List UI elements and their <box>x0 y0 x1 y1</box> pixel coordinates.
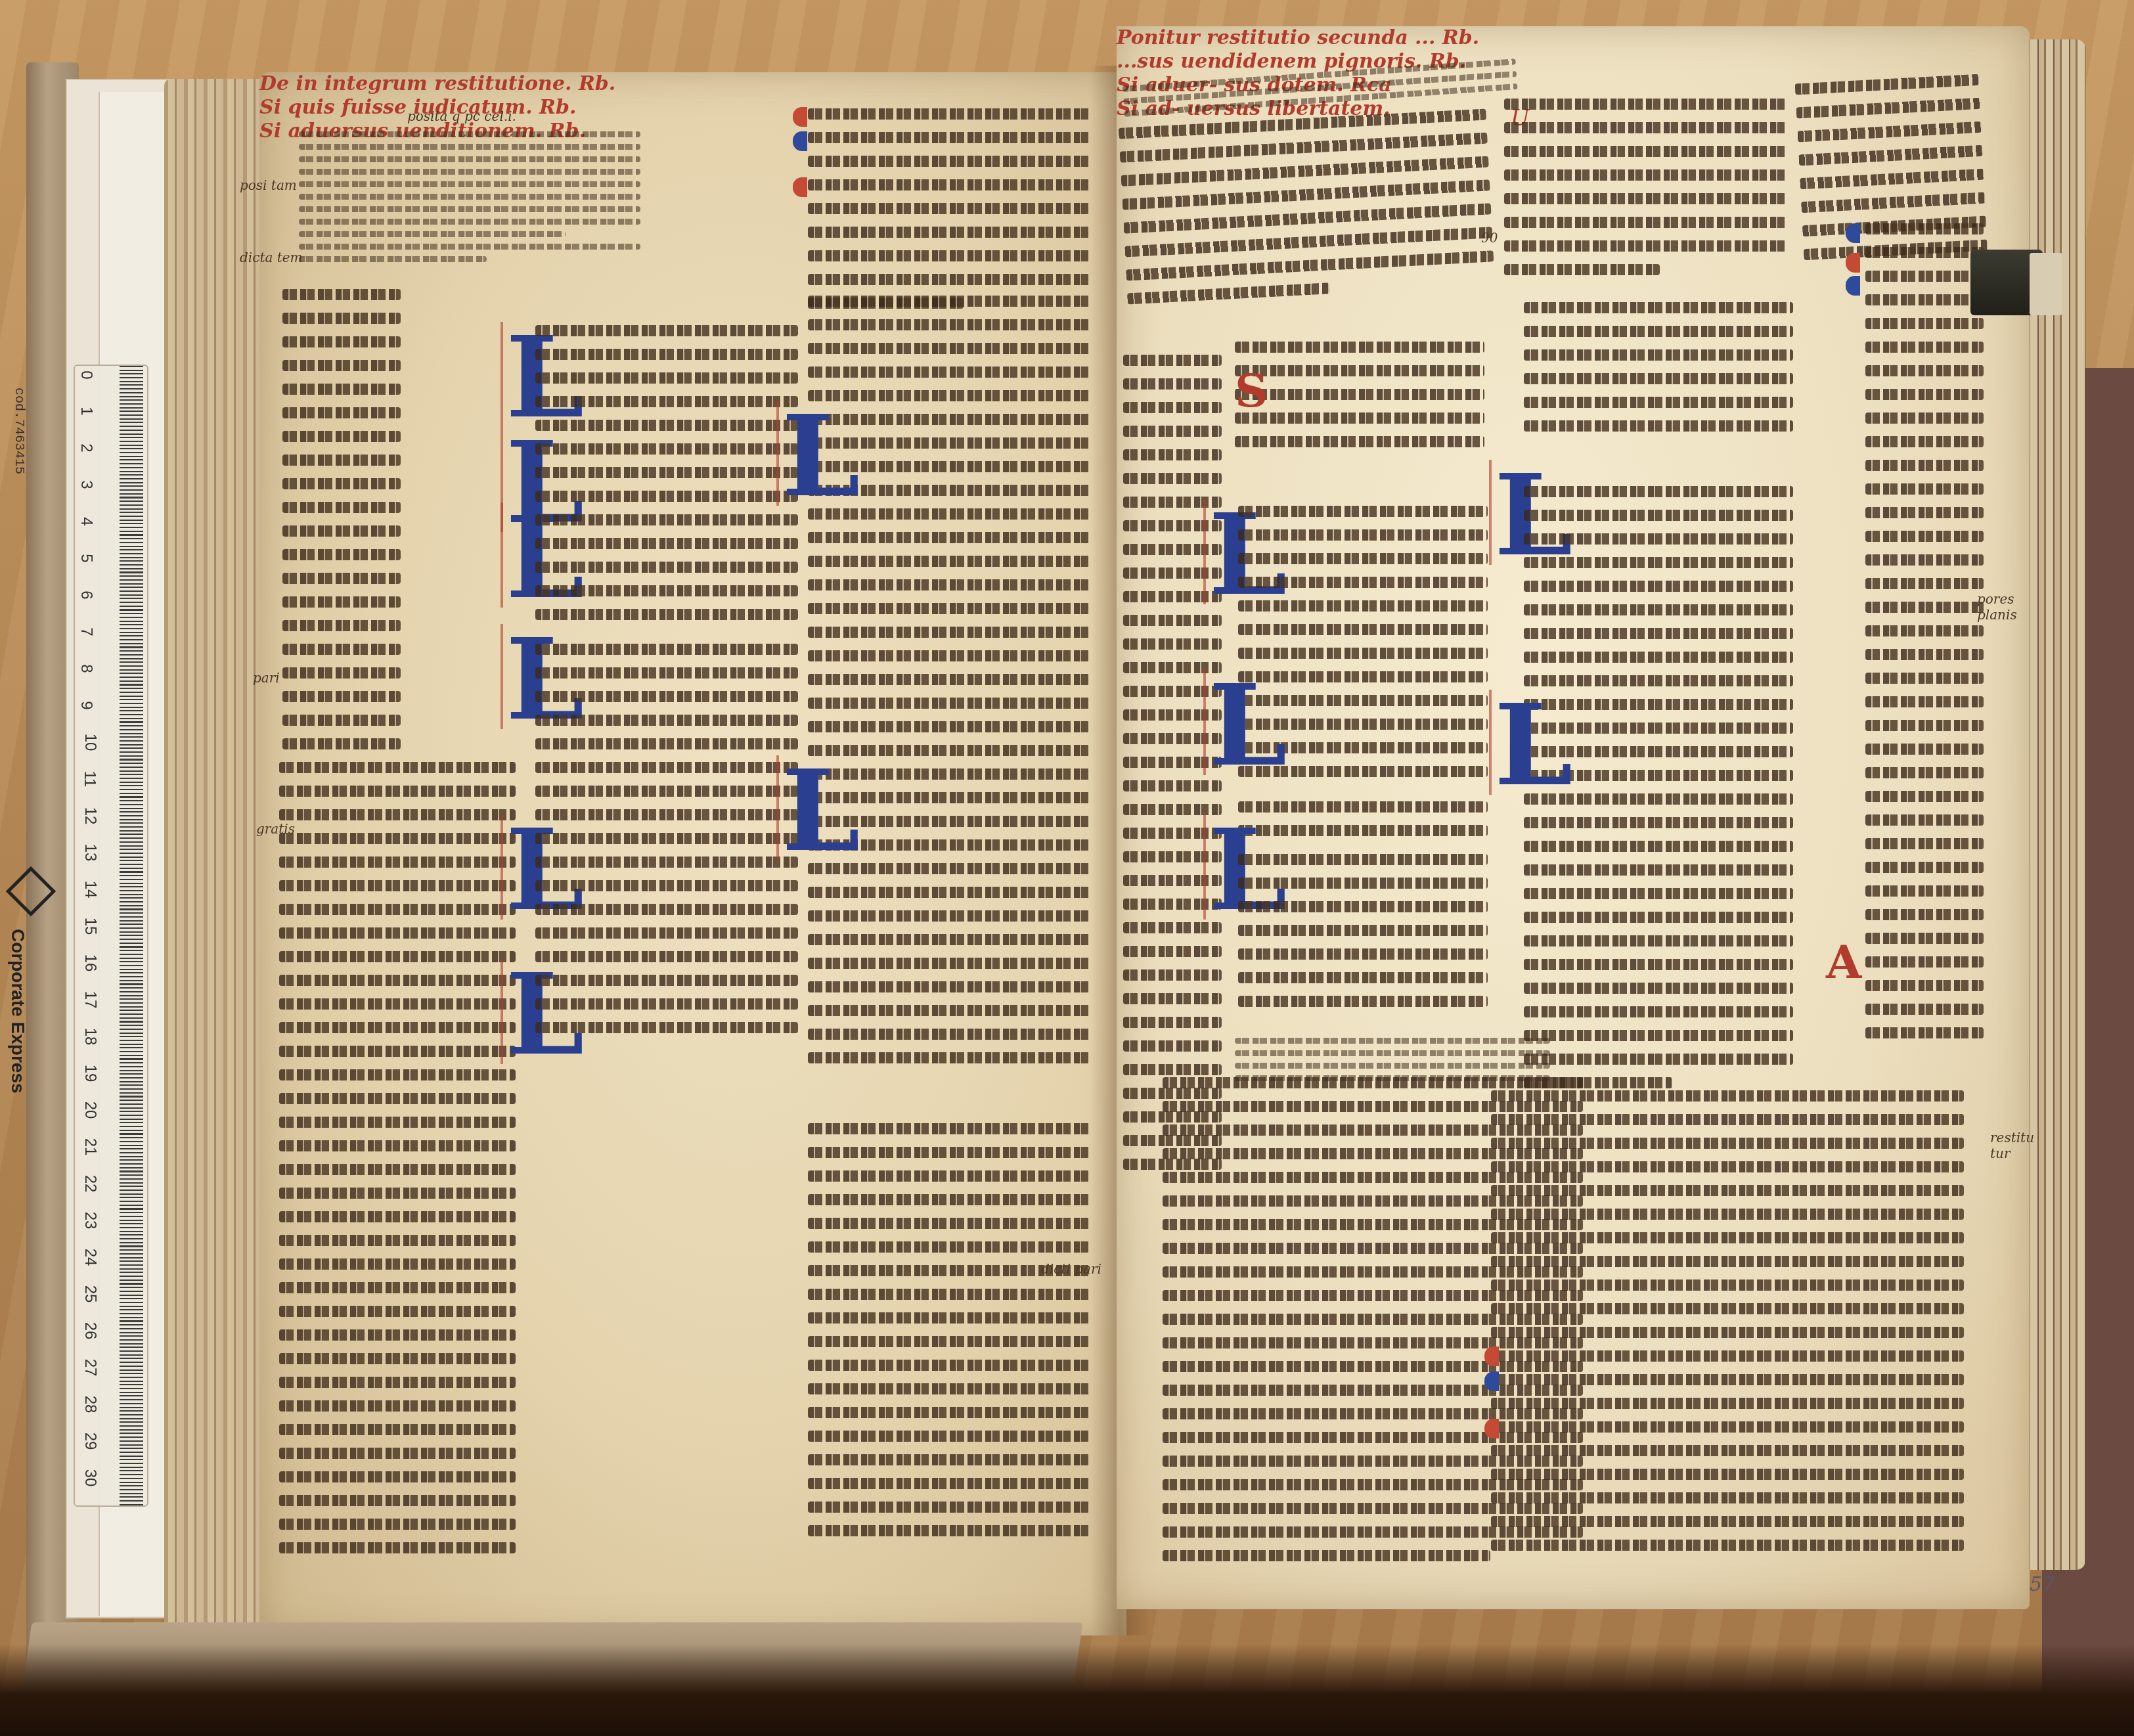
decorated-initial-L: L <box>1209 814 1231 926</box>
ruler-label: 17 <box>81 991 99 1009</box>
paragraph-mark-blue <box>1484 1371 1499 1391</box>
ruler-label: 12 <box>81 807 99 825</box>
ruler-brand: Corporate Express <box>8 867 54 1094</box>
measuring-ruler: 0 1 2 3 4 5 6 7 8 9 10 11 12 13 14 15 16… <box>74 365 148 1507</box>
paragraph-mark-blue <box>1846 223 1860 243</box>
red-initial-S: S <box>1235 368 1268 414</box>
text-column-a <box>535 325 798 633</box>
shadow-under-book <box>0 1644 2134 1736</box>
ruler-label: 24 <box>81 1249 99 1266</box>
ruler-label: 28 <box>81 1396 99 1413</box>
ruler-label: 25 <box>81 1285 99 1303</box>
decorated-initial-L: L <box>782 401 804 512</box>
decorated-initial-L: L <box>506 959 528 1071</box>
paragraph-mark-red <box>1484 1419 1499 1438</box>
ruler-label: 26 <box>81 1322 99 1340</box>
page-edges-left <box>164 79 263 1629</box>
ruler-label: 1 <box>77 407 95 415</box>
ruler-label: 21 <box>81 1138 99 1156</box>
ruler-label: 20 <box>81 1102 99 1119</box>
shelfmark-label: cod.7463415 <box>11 388 26 474</box>
brand-text: Corporate Express <box>8 929 28 1094</box>
rubric: ...sus uendidenem pignoris. Rb. <box>1117 50 2030 74</box>
ruler-label: 14 <box>81 881 99 899</box>
outer-gloss-right-column <box>1865 223 1984 1051</box>
ruler-ticks <box>104 366 143 1505</box>
decorated-initial-L: L <box>506 502 528 614</box>
decorated-initial-L: L <box>506 814 528 926</box>
ruler-label: 10 <box>81 734 99 751</box>
decorated-initial-L: L <box>1209 670 1231 782</box>
margin-note: gratis <box>256 821 295 837</box>
margin-note: pari <box>253 670 280 686</box>
ruler-label: 23 <box>81 1212 99 1230</box>
text-column-a-lower <box>535 644 798 1046</box>
text-column-c-top <box>1119 109 1496 317</box>
red-initial-A: A <box>1826 939 1861 985</box>
paragraph-mark-red <box>1484 1347 1499 1366</box>
paragraph-mark-red <box>793 177 807 197</box>
decorated-initial-L: L <box>1494 690 1517 801</box>
ruler-label: 18 <box>81 1028 99 1046</box>
text-column-b-top <box>808 108 1090 321</box>
margin-note: posi tam <box>240 177 297 193</box>
ruler-label: 9 <box>77 701 95 709</box>
rubric: De in integrum restitutione. Rb. <box>259 72 1126 96</box>
text-column-c-bottom <box>1238 854 1488 1019</box>
folio-mark: 57 <box>2030 1573 2055 1596</box>
text-column-d <box>1524 302 1793 444</box>
rubric: Ponitur restitutio secunda ... Rb. <box>1117 26 2030 50</box>
margin-note: restitu tur <box>1990 1130 2034 1161</box>
ruler-label: 0 <box>77 370 95 379</box>
clasp-strap <box>2030 253 2062 315</box>
decorated-initial-L: L <box>1494 460 1517 571</box>
paragraph-mark-red <box>793 107 807 127</box>
ruler-label: 8 <box>77 664 95 673</box>
manuscript-page-right: U Ponitur restitutio secunda ... Rb. S .… <box>1117 26 2030 1609</box>
ruler-label: 27 <box>81 1359 99 1377</box>
ruler-label: 22 <box>81 1175 99 1193</box>
paragraph-mark-blue <box>1846 276 1860 296</box>
ruler-label: 7 <box>77 627 95 636</box>
brand-logo-icon <box>6 866 56 916</box>
ruler-label: 11 <box>80 771 99 788</box>
ruler-label: 15 <box>81 918 99 935</box>
margin-note: dicta tem <box>240 250 303 265</box>
text-column-d-top <box>1504 99 1787 288</box>
ruler-label: 16 <box>81 954 99 972</box>
gloss-column-left <box>299 131 640 269</box>
text-column-b-lower <box>808 1123 1090 1549</box>
margin-note-bracket: 90 <box>1481 230 1498 246</box>
ruler-label: 4 <box>77 517 95 525</box>
ruler-label: 6 <box>77 590 95 599</box>
decorated-initial-L: L <box>506 624 528 736</box>
commentary-block-d <box>1491 1090 1964 1563</box>
running-note: posita q pc cel.i. <box>407 108 516 124</box>
ruler-label: 3 <box>77 480 95 489</box>
margin-note: pores planis <box>1977 591 2030 623</box>
ruler-label: 2 <box>77 443 95 452</box>
text-column-c <box>1235 342 1484 460</box>
ruler-label: 13 <box>81 844 99 862</box>
decorated-initial-L: L <box>1209 499 1231 611</box>
manuscript-page-left: posita q pc cel.i. posi tam dicta tem pa… <box>259 72 1126 1636</box>
outer-gloss-right <box>1123 355 1222 1182</box>
ruler-label: 19 <box>81 1065 99 1082</box>
ruler-label: 29 <box>81 1433 99 1450</box>
ruler-label: 30 <box>81 1469 99 1487</box>
decorated-initial-L: L <box>782 755 804 867</box>
paragraph-mark-blue <box>793 131 807 151</box>
outer-gloss-block-lower <box>279 762 516 1566</box>
paragraph-mark-red <box>1846 253 1860 273</box>
outer-gloss-block <box>282 289 401 762</box>
ruler-label: 5 <box>77 554 95 562</box>
